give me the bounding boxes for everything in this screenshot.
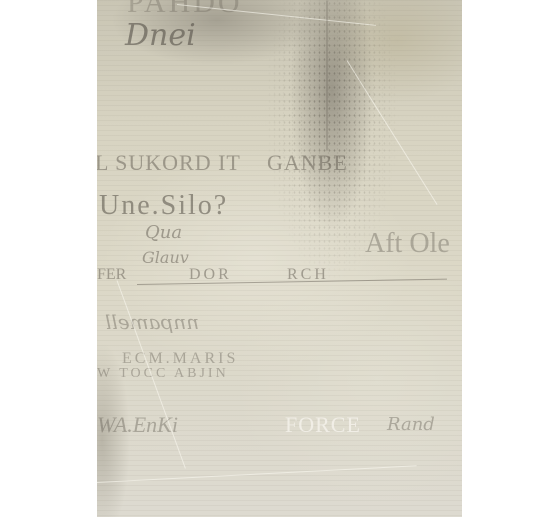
vintage-paper: PAHDO Dnei L SUKORD IT GANBE Une.Silo? Q… <box>97 0 462 517</box>
line-fragment-dor: DOR <box>189 266 232 284</box>
question-headline: Une.Silo? <box>99 190 228 222</box>
paper-crease <box>327 1 328 151</box>
line-fragment-force: FORCE <box>285 412 361 438</box>
script-fragment-mid: Qua <box>145 222 182 243</box>
script-fragment-top: Dnei <box>125 18 196 53</box>
right-headline-fragment: Aft Ole <box>365 228 450 260</box>
line-fragment-tocc: W TOCC ABJIN <box>97 366 229 382</box>
mirrored-text-fragment: nnpamell <box>105 310 199 334</box>
script-fragment-bottom: Rand <box>387 414 435 435</box>
headline-fragment-b: GANBE <box>267 150 348 176</box>
script-fragment-clause: Glauv <box>142 248 189 267</box>
headline-fragment: L SUKORD IT <box>97 150 241 176</box>
line-fragment-fer: FER <box>97 266 126 284</box>
